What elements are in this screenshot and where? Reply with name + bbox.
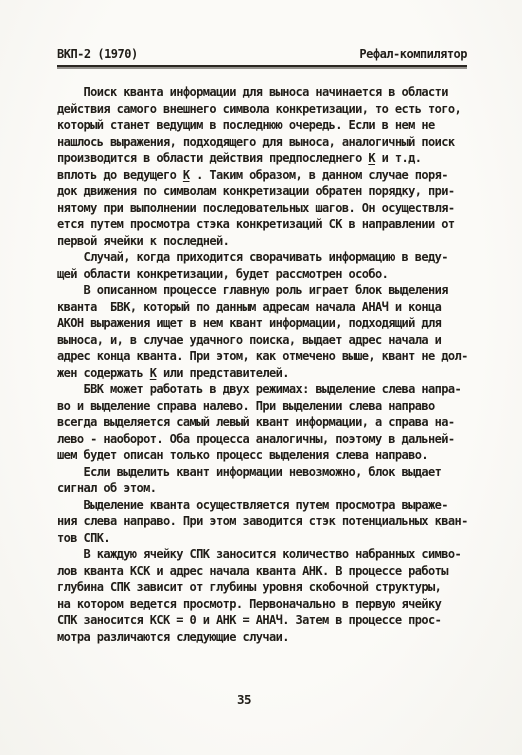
text-line: мотра различаются следующие случаи. (57, 629, 467, 646)
page-footer: 35 (0, 692, 522, 707)
text-line: тов СПК. (57, 530, 467, 547)
text-line: во и выделение справа налево. При выделе… (57, 398, 467, 415)
text-line: щей области конкретизации, будет рассмот… (57, 266, 467, 283)
text-line: БВК может работать в двух режимах: выдел… (57, 381, 467, 398)
text-line: Если выделить квант информации невозможн… (57, 464, 467, 481)
text-line: В описанном процессе главную роль играет… (57, 282, 467, 299)
text-line: АКОН выражения ищет в нем квант информац… (57, 315, 467, 332)
text-line: жен содержать К или представителей. (57, 365, 467, 382)
page-header: ВКП-2 (1970) Рефал-компилятор (57, 47, 467, 61)
text-line: всегда выделяется самый левый квант инфо… (57, 414, 467, 431)
header-doc-title: Рефал-компилятор (359, 47, 467, 61)
header-doc-id: ВКП-2 (1970) (57, 47, 138, 61)
document-body: Поиск кванта информации для выноса начин… (57, 84, 467, 645)
text-line: выноса, и, в случае удачного поиска, выд… (57, 332, 467, 349)
text-line: шем будет описан только процесс выделени… (57, 447, 467, 464)
text-line: В каждую ячейку СПК заносится количество… (57, 546, 467, 563)
text-line: нашлось выражения, подходящего для вынос… (57, 134, 467, 151)
text-line: который станет ведущим в последнюю очере… (57, 117, 467, 134)
text-line: нятому при выполнении последовательных ш… (57, 200, 467, 217)
header-rule (57, 65, 467, 67)
text-line: сигнал об этом. (57, 480, 467, 497)
text-line: ния слева направо. При этом заводится ст… (57, 513, 467, 530)
page-number: 35 (237, 692, 251, 707)
text-line: глубина СПК зависит от глубины уровня ск… (57, 579, 467, 596)
text-line: первой ячейки к последней. (57, 233, 467, 250)
text-line: адрес конца кванта. При этом, как отмече… (57, 348, 467, 365)
text-line: кванта БВК, который по данным адресам на… (57, 299, 467, 316)
text-line: лов кванта КСК и адрес начала кванта АНК… (57, 563, 467, 580)
text-line: ется путем просмотра стэка конкретизаций… (57, 216, 467, 233)
text-line: Случай, когда приходится сворачивать инф… (57, 249, 467, 266)
text-line: лево - наоборот. Оба процесса аналогичны… (57, 431, 467, 448)
text-line: Поиск кванта информации для выноса начин… (57, 84, 467, 101)
text-line: вплоть до ведущего К . Таким образом, в … (57, 167, 467, 184)
text-line: на котором ведется просмотр. Первоначаль… (57, 596, 467, 613)
scanned-document-page: ВКП-2 (1970) Рефал-компилятор Поиск кван… (0, 0, 522, 755)
text-line: действия самого внешнего символа конкрет… (57, 101, 467, 118)
text-line: СПК заносится КСК = 0 и АНК = АНАЧ. Зате… (57, 612, 467, 629)
text-line: Выделение кванта осуществляется путем пр… (57, 497, 467, 514)
text-line: производится в области действия предпосл… (57, 150, 467, 167)
text-line: док движения по символам конкретизации о… (57, 183, 467, 200)
